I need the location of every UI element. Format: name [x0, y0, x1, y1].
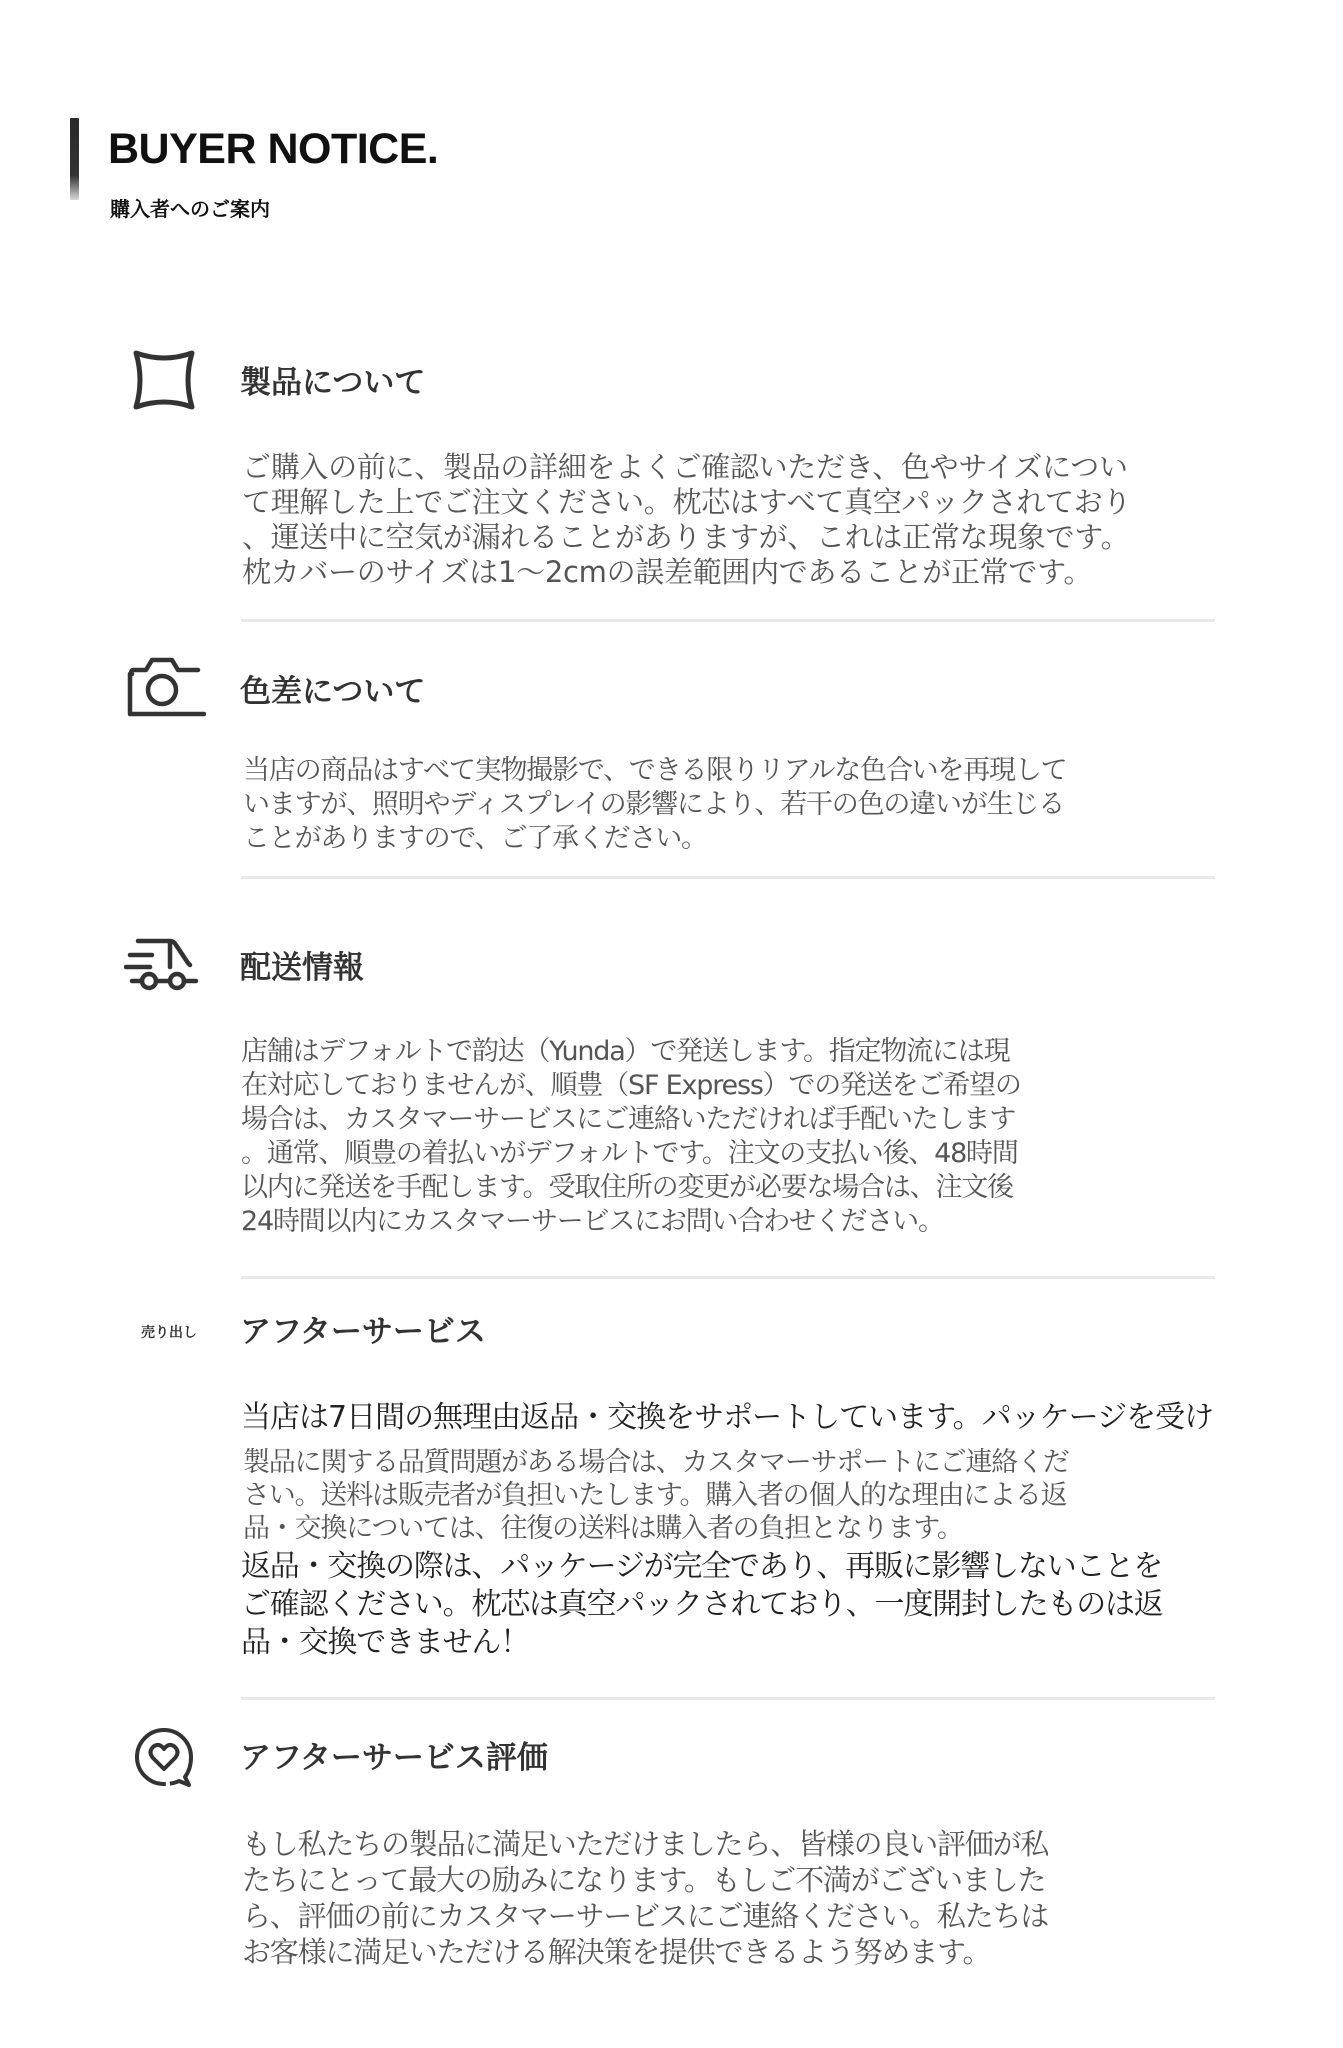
- body-line: 場合は、カスタマーサービスにご連絡いただければ手配いたします: [241, 1103, 1021, 1137]
- after-service-emphasis: 返品・交換の際は、パッケージが完全であり、再販に影響しないことを ご確認ください…: [241, 1548, 1163, 1662]
- section-title-after-service: アフターサービス: [240, 1312, 486, 1352]
- body-line: お客様に満足いただける解決策を提供できるよう努めます。: [242, 1934, 1048, 1970]
- body-line: 店舗はデフォルトで韵达（Yunda）で発送します。指定物流には現: [241, 1035, 1021, 1069]
- after-service-lead-line: 当店は7日間の無理由返品・交換をサポートしています。パッケージを受け: [241, 1398, 1213, 1438]
- body-line: いますが、照明やディスプレイの影響により、若干の色の違いが生じる: [243, 788, 1066, 822]
- section-title-product: 製品について: [240, 363, 425, 403]
- delivery-truck-icon: [124, 922, 204, 1002]
- body-line: ご購入の前に、製品の詳細をよくご確認いただき、色やサイズについ: [242, 450, 1131, 485]
- body-line: 在対応しておりませんが、順豊（SF Express）での発送をご希望の: [241, 1069, 1021, 1103]
- emphasis-line: 品・交換できません！: [241, 1624, 1163, 1662]
- page-title: BUYER NOTICE.: [108, 124, 438, 174]
- camera-icon: [126, 648, 206, 728]
- section-body-review: もし私たちの製品に満足いただけましたら、皆様の良い評価が私 たちにとって最大の励…: [242, 1826, 1048, 1970]
- body-line: 当店の商品はすべて実物撮影で、できる限りリアルな色合いを再現して: [243, 754, 1066, 788]
- body-line: さい。送料は販売者が負担いたします。購入者の個人的な理由による返: [243, 1479, 1069, 1512]
- body-line: 24時間以内にカスタマーサービスにお問い合わせください。: [241, 1205, 1021, 1239]
- page-subtitle: 購入者へのご案内: [110, 196, 270, 222]
- emphasis-line: 返品・交換の際は、パッケージが完全であり、再販に影響しないことを: [241, 1548, 1163, 1586]
- body-line: たちにとって最大の励みになります。もしご不満がございました: [242, 1862, 1048, 1898]
- section-divider: [241, 619, 1215, 622]
- pillow-icon: [124, 340, 204, 420]
- section-divider: [241, 1697, 1215, 1700]
- body-line: 品・交換については、往復の送料は購入者の負担となります。: [243, 1512, 1069, 1545]
- section-body-product: ご購入の前に、製品の詳細をよくご確認いただき、色やサイズについ て理解した上でご…: [242, 450, 1131, 590]
- body-line: 枕カバーのサイズは1〜2cmの誤差範囲内であることが正常です。: [242, 555, 1131, 590]
- body-line: もし私たちの製品に満足いただけましたら、皆様の良い評価が私: [242, 1826, 1048, 1862]
- section-title-review: アフターサービス評価: [240, 1738, 548, 1778]
- section-divider: [241, 1276, 1215, 1279]
- body-line: 製品に関する品質問題がある場合は、カスタマーサポートにご連絡くだ: [243, 1446, 1069, 1479]
- section-divider: [241, 876, 1215, 879]
- body-line: 。通常、順豊の着払いがデフォルトです。注文の支払い後、48時間: [241, 1137, 1021, 1171]
- section-body-color-difference: 当店の商品はすべて実物撮影で、できる限りリアルな色合いを再現して いますが、照明…: [243, 754, 1066, 856]
- section-body-shipping: 店舗はデフォルトで韵达（Yunda）で発送します。指定物流には現 在対応しており…: [241, 1035, 1021, 1239]
- section-title-color-difference: 色差について: [240, 672, 425, 712]
- body-line: ことがありますので、ご了承ください。: [243, 822, 1066, 856]
- section-body-after-service: 製品に関する品質問題がある場合は、カスタマーサポートにご連絡くだ さい。送料は販…: [243, 1446, 1069, 1545]
- sale-label-icon: 売り出し: [141, 1322, 197, 1342]
- body-line: 以内に発送を手配します。受取住所の変更が必要な場合は、注文後: [241, 1171, 1021, 1205]
- body-line: 、運送中に空気が漏れることがありますが、これは正常な現象です。: [242, 520, 1131, 555]
- emphasis-line: ご確認ください。枕芯は真空パックされており、一度開封したものは返: [241, 1586, 1163, 1624]
- body-line: ら、評価の前にカスタマーサービスにご連絡ください。私たちは: [242, 1898, 1048, 1934]
- header-accent-bar: [70, 118, 79, 200]
- heart-speech-bubble-icon: [124, 1718, 204, 1798]
- section-title-shipping: 配送情報: [240, 948, 364, 988]
- body-line: て理解した上でご注文ください。枕芯はすべて真空パックされており: [242, 485, 1131, 520]
